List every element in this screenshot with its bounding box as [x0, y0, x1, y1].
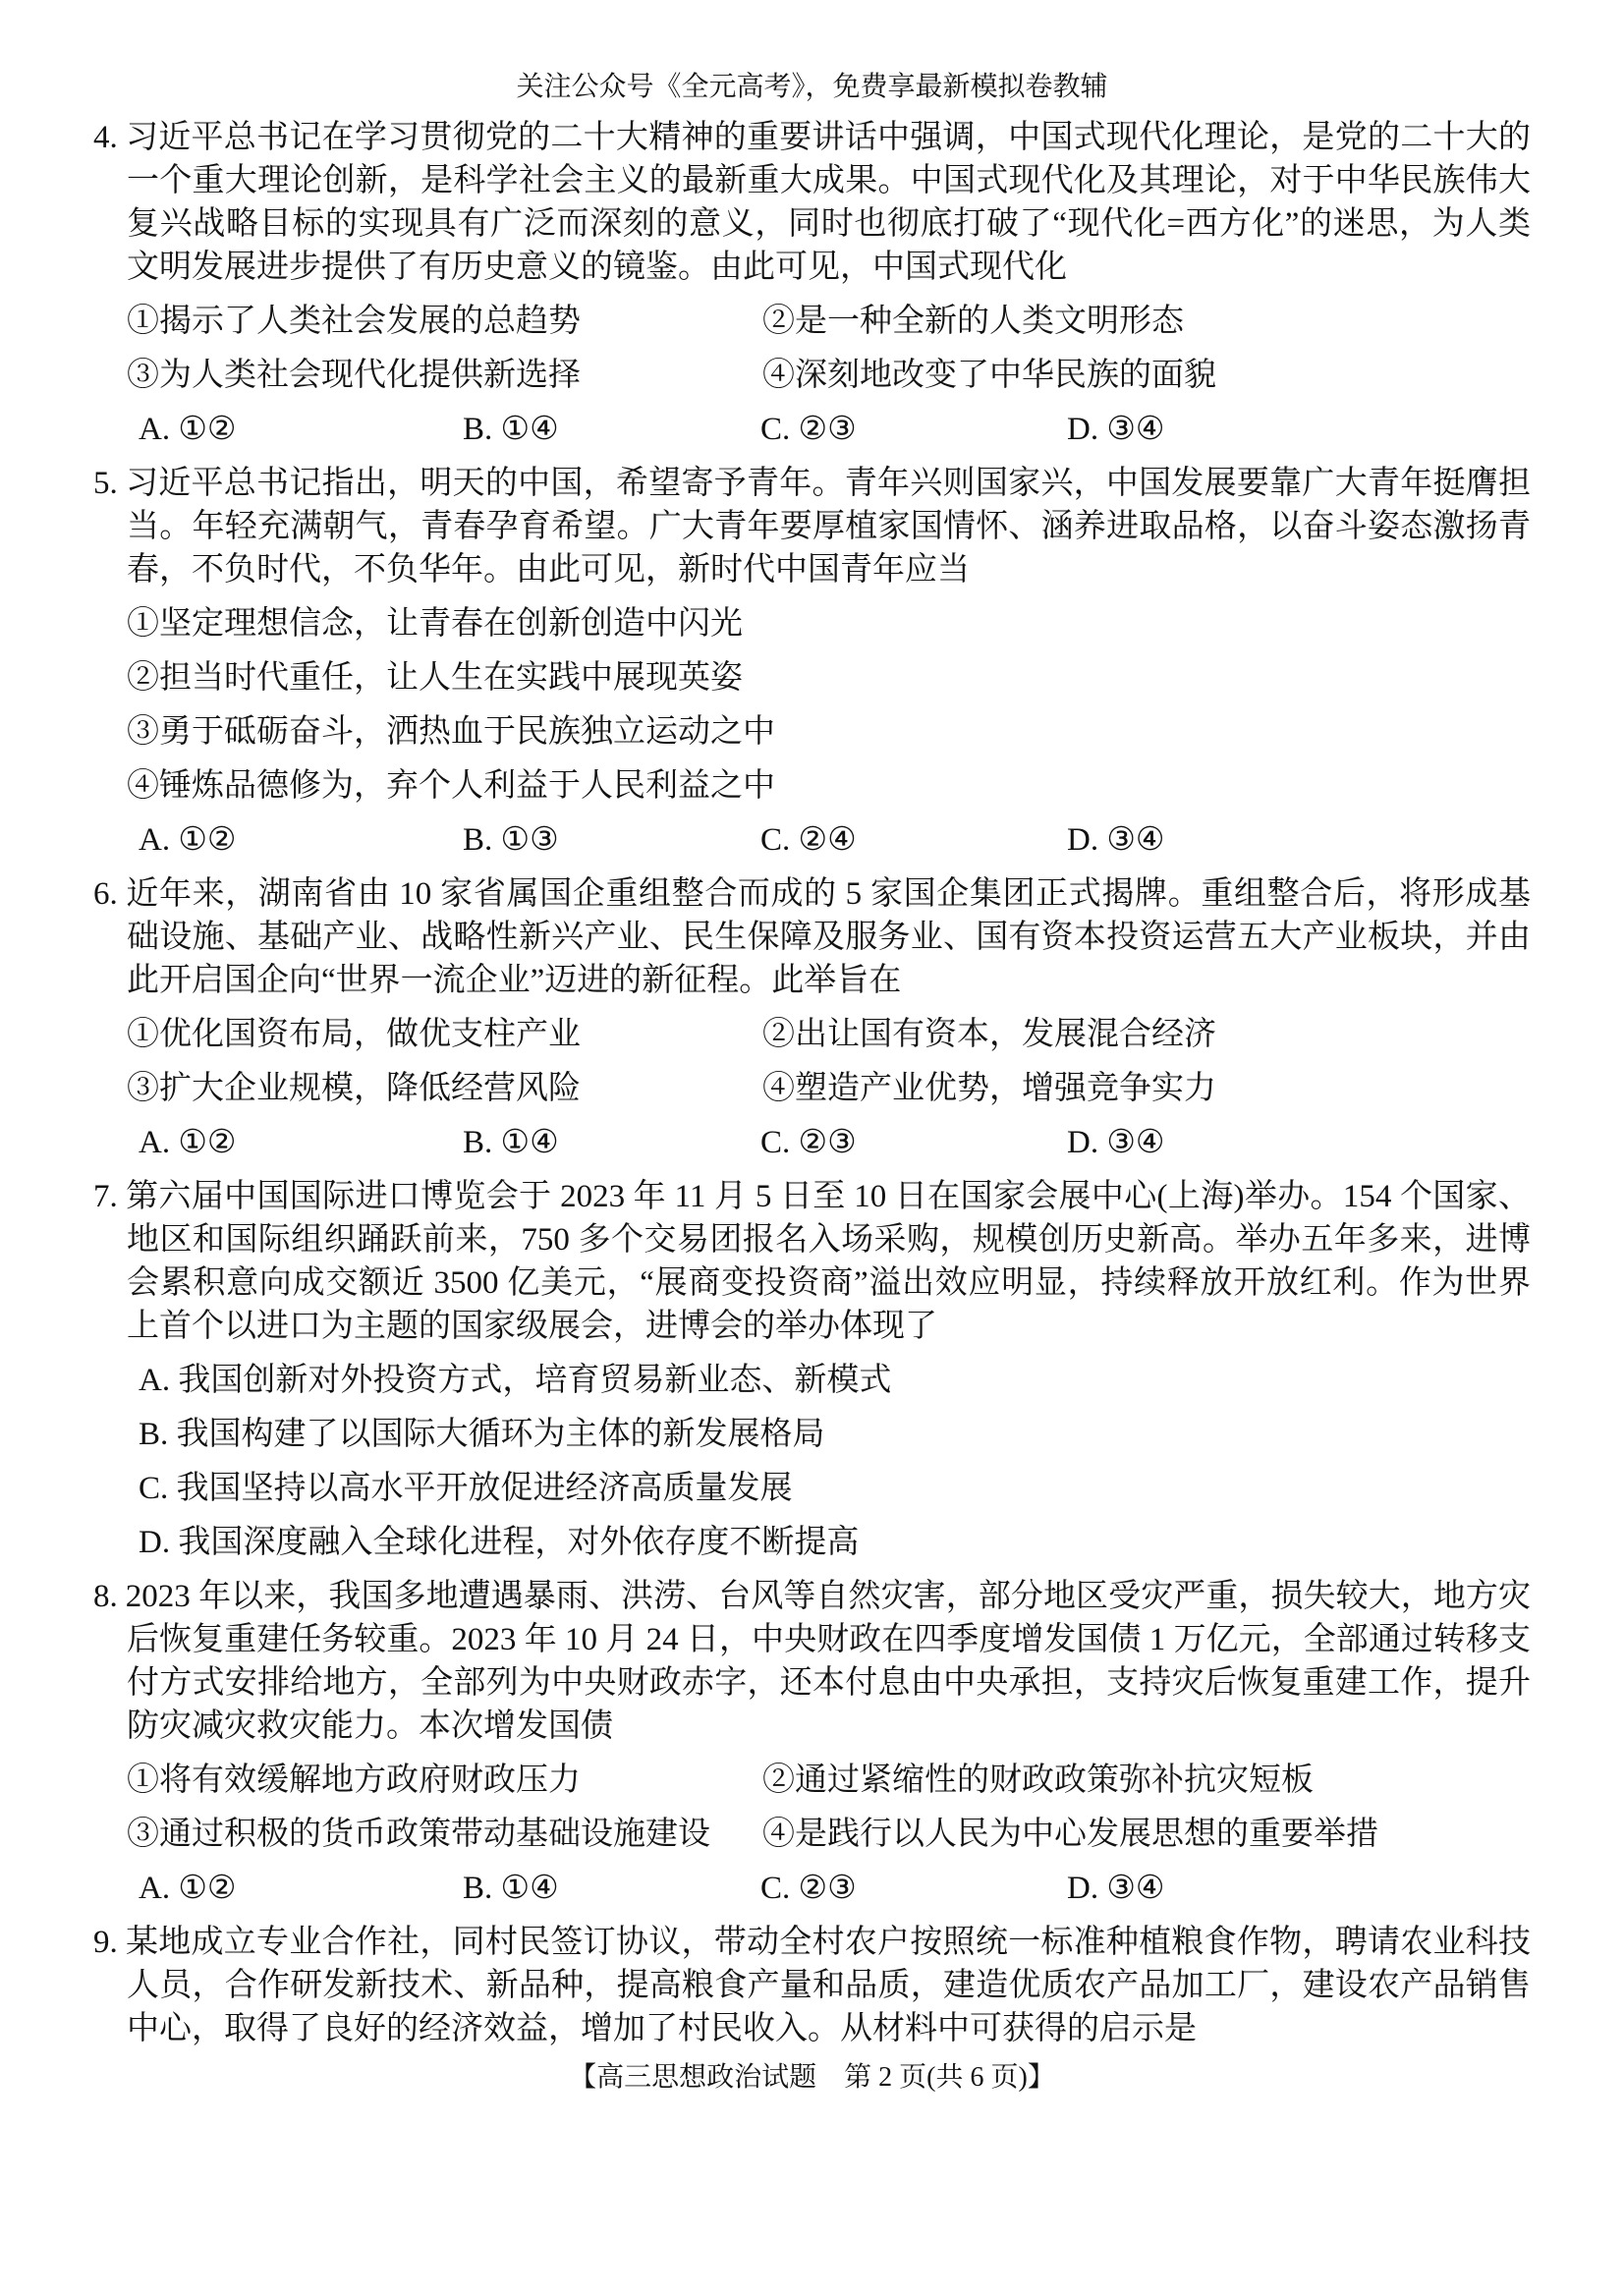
question-4-option-row-2: ③为人类社会现代化提供新选择 ④深刻地改变了中华民族的面貌 [93, 354, 1531, 397]
question-5-option-3: ③勇于砥砺奋斗，洒热血于民族独立运动之中 [93, 710, 1531, 754]
question-8-option-row-1: ①将有效缓解地方政府财政压力 ②通过紧缩性的财政政策弥补抗灾短板 [93, 1759, 1531, 1802]
footer-page-label: 【高三思想政治试题 第 2 页(共 6 页)】 [93, 2058, 1531, 2098]
question-4-option-row-1: ①揭示了人类社会发展的总趋势 ②是一种全新的人类文明形态 [93, 300, 1531, 343]
exam-page: 关注公众号《全元高考》，免费享最新模拟卷教辅 4.习近平总书记在学习贯彻党的二十… [0, 0, 1624, 2296]
question-6-option-1: ①优化国资布局，做优支柱产业 [127, 1013, 762, 1056]
question-4-choice-B: B. ①④ [463, 408, 760, 451]
question-8-option-1: ①将有效缓解地方政府财政压力 [127, 1759, 762, 1802]
question-4-number: 4. [93, 120, 118, 155]
question-6-option-row-1: ①优化国资布局，做优支柱产业 ②出让国有资本，发展混合经济 [93, 1013, 1531, 1056]
question-4-option-2: ②是一种全新的人类文明形态 [762, 300, 1531, 343]
question-7-option-B: B. 我国构建了以国际大循环为主体的新发展格局 [93, 1413, 1531, 1456]
question-7-stem-text: 第六届中国国际进口博览会于 2023 年 11 月 5 日至 10 日在国家会展… [126, 1179, 1531, 1344]
question-6-option-3: ③扩大企业规模，降低经营风险 [127, 1067, 762, 1110]
question-6-choice-B: B. ①④ [463, 1121, 760, 1164]
question-8-choice-D: D. ③④ [1067, 1867, 1165, 1910]
header-notice: 关注公众号《全元高考》，免费享最新模拟卷教辅 [93, 69, 1531, 106]
question-5-choice-C: C. ②④ [760, 818, 1067, 862]
question-8-stem-text: 2023 年以来，我国多地遭遇暴雨、洪涝、台风等自然灾害，部分地区受灾严重，损失… [126, 1579, 1531, 1744]
question-8-option-3: ③通过积极的货币政策带动基础设施建设 [127, 1813, 762, 1856]
question-5-option-2: ②担当时代重任，让人生在实践中展现英姿 [93, 656, 1531, 700]
question-4-option-1: ①揭示了人类社会发展的总趋势 [127, 300, 762, 343]
question-8-stem: 8.2023 年以来，我国多地遭遇暴雨、洪涝、台风等自然灾害，部分地区受灾严重，… [93, 1575, 1531, 1748]
question-6-option-2: ②出让国有资本，发展混合经济 [762, 1013, 1531, 1056]
question-8-option-4: ④是践行以人民为中心发展思想的重要举措 [762, 1813, 1531, 1856]
question-4-option-3: ③为人类社会现代化提供新选择 [127, 354, 762, 397]
question-7-stem: 7.第六届中国国际进口博览会于 2023 年 11 月 5 日至 10 日在国家… [93, 1175, 1531, 1348]
question-6: 6.近年来，湖南省由 10 家省属国企重组整合而成的 5 家国企集团正式揭牌。重… [93, 872, 1531, 1164]
question-6-option-4: ④塑造产业优势，增强竞争实力 [762, 1067, 1531, 1110]
question-4-choice-D: D. ③④ [1067, 408, 1165, 451]
question-6-choice-C: C. ②③ [760, 1121, 1067, 1164]
question-5-choice-B: B. ①③ [463, 818, 760, 862]
question-4-stem-text: 习近平总书记在学习贯彻党的二十大精神的重要讲话中强调，中国式现代化理论，是党的二… [126, 120, 1531, 285]
question-5-option-4: ④锤炼品德修为，弃个人利益于人民利益之中 [93, 764, 1531, 808]
question-6-stem: 6.近年来，湖南省由 10 家省属国企重组整合而成的 5 家国企集团正式揭牌。重… [93, 872, 1531, 1002]
question-6-choice-A: A. ①② [139, 1121, 463, 1164]
question-7-option-C: C. 我国坚持以高水平开放促进经济高质量发展 [93, 1467, 1531, 1510]
question-5-choice-D: D. ③④ [1067, 818, 1165, 862]
question-5-answer-row: A. ①② B. ①③ C. ②④ D. ③④ [93, 818, 1531, 862]
question-7-option-D: D. 我国深度融入全球化进程，对外依存度不断提高 [93, 1521, 1531, 1564]
question-6-option-row-2: ③扩大企业规模，降低经营风险 ④塑造产业优势，增强竞争实力 [93, 1067, 1531, 1110]
question-8: 8.2023 年以来，我国多地遭遇暴雨、洪涝、台风等自然灾害，部分地区受灾严重，… [93, 1575, 1531, 1910]
question-9-stem: 9.某地成立专业合作社，同村民签订协议，带动全村农户按照统一标准种植粮食作物，聘… [93, 1921, 1531, 2050]
question-4: 4.习近平总书记在学习贯彻党的二十大精神的重要讲话中强调，中国式现代化理论，是党… [93, 116, 1531, 451]
question-5: 5.习近平总书记指出，明天的中国，希望寄予青年。青年兴则国家兴，中国发展要靠广大… [93, 462, 1531, 862]
question-8-option-row-2: ③通过积极的货币政策带动基础设施建设 ④是践行以人民为中心发展思想的重要举措 [93, 1813, 1531, 1856]
question-4-choice-C: C. ②③ [760, 408, 1067, 451]
question-6-number: 6. [93, 876, 118, 912]
question-7-option-A: A. 我国创新对外投资方式，培育贸易新业态、新模式 [93, 1359, 1531, 1402]
question-6-answer-row: A. ①② B. ①④ C. ②③ D. ③④ [93, 1121, 1531, 1164]
question-8-choice-A: A. ①② [139, 1867, 463, 1910]
question-5-choice-A: A. ①② [139, 818, 463, 862]
question-4-stem: 4.习近平总书记在学习贯彻党的二十大精神的重要讲话中强调，中国式现代化理论，是党… [93, 116, 1531, 289]
question-6-choice-D: D. ③④ [1067, 1121, 1165, 1164]
question-4-answer-row: A. ①② B. ①④ C. ②③ D. ③④ [93, 408, 1531, 451]
question-8-choice-C: C. ②③ [760, 1867, 1067, 1910]
question-5-number: 5. [93, 466, 118, 501]
question-8-choice-B: B. ①④ [463, 1867, 760, 1910]
question-7-number: 7. [93, 1179, 118, 1214]
question-4-option-4: ④深刻地改变了中华民族的面貌 [762, 354, 1531, 397]
question-4-choice-A: A. ①② [139, 408, 463, 451]
question-6-stem-text: 近年来，湖南省由 10 家省属国企重组整合而成的 5 家国企集团正式揭牌。重组整… [126, 876, 1531, 998]
question-5-stem: 5.习近平总书记指出，明天的中国，希望寄予青年。青年兴则国家兴，中国发展要靠广大… [93, 462, 1531, 591]
question-9: 9.某地成立专业合作社，同村民签订协议，带动全村农户按照统一标准种植粮食作物，聘… [93, 1921, 1531, 2050]
question-8-answer-row: A. ①② B. ①④ C. ②③ D. ③④ [93, 1867, 1531, 1910]
question-5-stem-text: 习近平总书记指出，明天的中国，希望寄予青年。青年兴则国家兴，中国发展要靠广大青年… [126, 466, 1531, 588]
question-5-option-1: ①坚定理想信念，让青春在创新创造中闪光 [93, 602, 1531, 645]
question-7: 7.第六届中国国际进口博览会于 2023 年 11 月 5 日至 10 日在国家… [93, 1175, 1531, 1564]
question-9-number: 9. [93, 1925, 118, 1960]
question-8-number: 8. [93, 1579, 118, 1614]
question-9-stem-text: 某地成立专业合作社，同村民签订协议，带动全村农户按照统一标准种植粮食作物，聘请农… [126, 1925, 1531, 2046]
question-8-option-2: ②通过紧缩性的财政政策弥补抗灾短板 [762, 1759, 1531, 1802]
